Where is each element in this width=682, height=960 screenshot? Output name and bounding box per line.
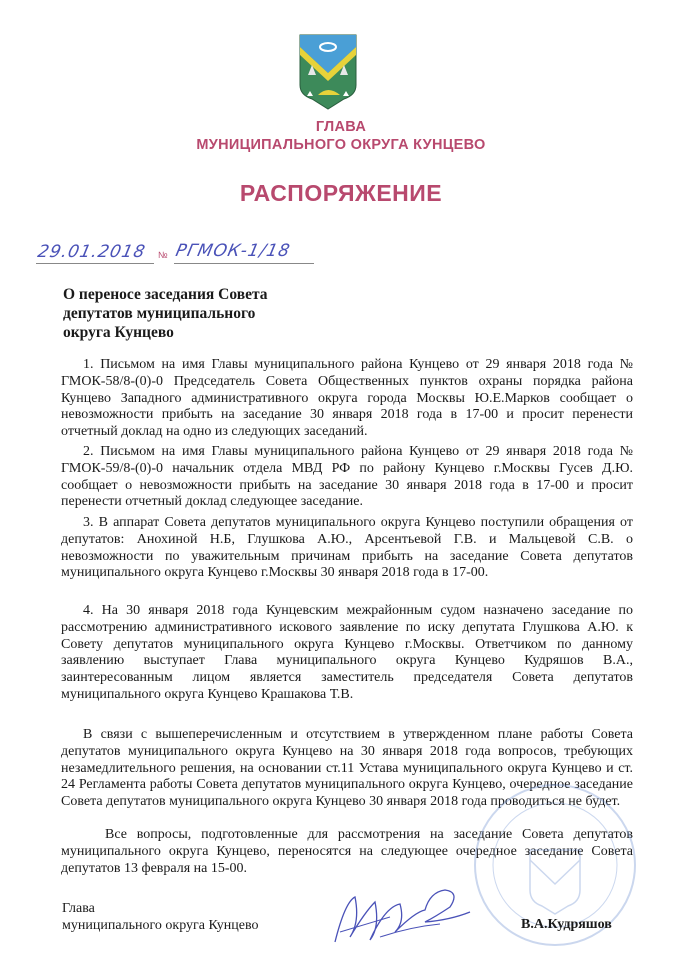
signatory-title-line2: муниципального округа Кунцево	[62, 917, 259, 934]
document-subject: О переносе заседания Совета депутатов му…	[63, 285, 268, 342]
signatory-title: Глава муниципального округа Кунцево	[62, 900, 259, 934]
subject-line: депутатов муниципального	[63, 304, 268, 323]
registration-line: 29.01.2018 № РГМОК-1/18	[36, 240, 316, 270]
subject-line: О переносе заседания Совета	[63, 285, 268, 304]
header-title-line2: МУНИЦИПАЛЬНОГО ОКРУГА КУНЦЕВО	[0, 137, 682, 153]
number-sign: №	[158, 250, 168, 260]
paragraph-text: 2. Письмом на имя Главы муниципального р…	[61, 444, 633, 511]
header-title-line1: ГЛАВА	[0, 119, 682, 135]
paragraph-1: 1. Письмом на имя Главы муниципального р…	[61, 357, 633, 441]
paragraph-4: 4. На 30 января 2018 года Кунцевским меж…	[61, 603, 633, 704]
paragraph-3: 3. В аппарат Совета депутатов муниципаль…	[61, 515, 633, 582]
subject-line: округа Кунцево	[63, 323, 268, 342]
paragraph-text: 1. Письмом на имя Главы муниципального р…	[61, 357, 633, 441]
registration-date: 29.01.2018	[36, 242, 148, 262]
paragraph-2: 2. Письмом на имя Главы муниципального р…	[61, 444, 633, 511]
paragraph-text: 3. В аппарат Совета депутатов муниципаль…	[61, 515, 633, 582]
document-type-title: РАСПОРЯЖЕНИЕ	[0, 180, 682, 207]
signatory-title-line1: Глава	[62, 900, 259, 917]
paragraph-text: 4. На 30 января 2018 года Кунцевским меж…	[61, 603, 633, 704]
number-underline	[174, 263, 314, 264]
signatory-name: В.А.Кудряшов	[521, 917, 612, 933]
registration-number: РГМОК-1/18	[174, 241, 292, 261]
handwritten-signature-icon	[330, 882, 480, 952]
kuntsevo-coat-of-arms-icon	[296, 33, 360, 111]
date-underline	[36, 263, 154, 264]
